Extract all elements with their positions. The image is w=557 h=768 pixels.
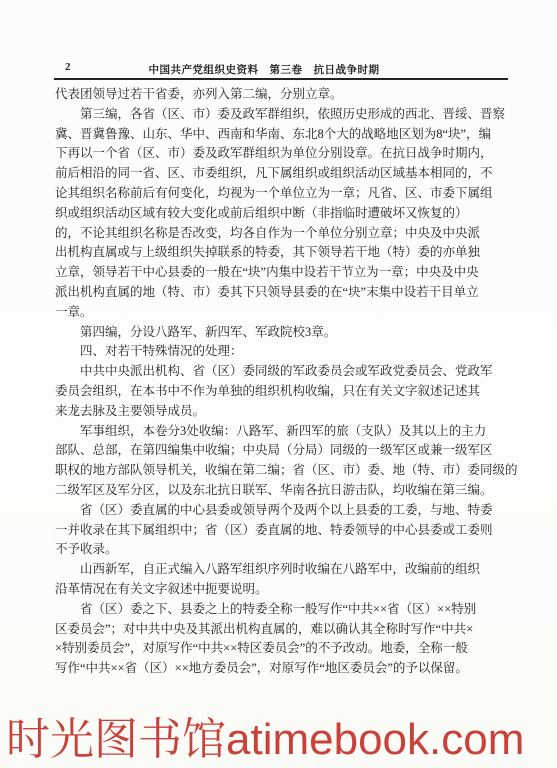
header-rule (54, 78, 508, 80)
text-line: 出机构直属或与上级组织失掉联系的特委，其下领导若干地（特）委的亦单独 (55, 243, 507, 263)
text-line: 山西新军，自正式编入八路军组织序列时收编在八路军中，改编前的组织 (55, 560, 507, 580)
text-line: 中共中央派出机构、省（区）委同级的军政委员会或军政党委员会、党政军 (55, 362, 507, 382)
text-line: 立章，领导若干中心县委的一般在“块”内集中设若干节立为一章；中央及中央 (55, 263, 507, 283)
text-line: 的，不论其组织名称是否改变，均各自作为一个单位分别立章；中央及中央派 (55, 224, 507, 244)
running-title: 中国共产党组织史资料 第三卷 抗日战争时期 (38, 62, 490, 77)
text-line: 省（区）委直属的中心县委或领导两个及两个以上县委的工委，与地、特委 (55, 501, 507, 521)
text-lines: 代表团领导过若干省委，亦列入第二编，分别立章。 第三编，各省（区、市）委及政军群… (55, 85, 507, 679)
text-line: 织或组织活动区域有较大变化或前后组织中断（非指临时遭破坏又恢复的） (55, 204, 507, 224)
text-line: ×特别委员会”，对原写作“中共××特区委员会”的不予改动。地委，全称一般 (55, 639, 507, 659)
text-line: 第三编，各省（区、市）委及政军群组织，依照历史形成的西北、晋绥、晋察 (55, 105, 507, 125)
text-line: 一并收录在其下属组织中；省（区）委直属的地、特委领导的中心县委或工委则 (55, 521, 507, 541)
text-line: 下再以一个省（区、市）委及政军群组织为单位分别设章。在抗日战争时期内， (55, 144, 507, 164)
text-line: 不予收录。 (55, 540, 507, 560)
text-line: 省（区）委之下、县委之上的特委全称一般写作“中共××省（区）××特别 (55, 600, 507, 620)
text-line: 委员会组织，在本书中不作为单独的组织机构收编，只在有关文字叙述记述其 (55, 382, 507, 402)
text-line: 四、对若干特殊情况的处理： (55, 342, 507, 362)
text-line: 前后相沿的同一省、区、市委组织，凡下属组织或组织活动区域基本相同的，不 (55, 164, 507, 184)
text-line: 一章。 (55, 303, 507, 323)
text-line: 职权的地方部队领导机关，收编在第二编；省（区、市）委、地（特、市）委同级的 (55, 461, 507, 481)
text-line: 第四编，分设八路军、新四军、军政院校3章。 (55, 323, 507, 343)
text-line: 写作“中共××省（区）××地方委员会”，对原写作“地区委员会”的予以保留。 (55, 659, 507, 679)
watermark-text: 时光图书馆atimebook.com (6, 703, 524, 767)
text-line: 派出机构直属的地（特、市）委其下只领导县委的在“块”末集中设若干目单立 (55, 283, 507, 303)
text-line: 冀、晋冀鲁豫、山东、华中、西南和华南、东北8个大的战略地区划为8“块”，编 (55, 125, 507, 145)
page-header: 2 中国共产党组织史资料 第三卷 抗日战争时期 (55, 59, 507, 77)
text-line: 论其组织名称前后有何变化，均视为一个单位立为一章；凡省、区、市委下属组 (55, 184, 507, 204)
text-line: 军事组织，本卷分3处收编：八路军、新四军的旅（支队）及其以上的主力 (55, 422, 507, 442)
text-line: 二级军区及军分区，以及东北抗日联军、华南各抗日游击队，均收编在第三编。 (55, 481, 507, 501)
text-line: 代表团领导过若干省委，亦列入第二编，分别立章。 (55, 85, 507, 105)
text-line: 来龙去脉及主要领导成员。 (55, 402, 507, 422)
text-line: 区委员会”；对中共中央及其派出机构直属的，难以确认其全称时写作“中共× (55, 620, 507, 640)
scanned-page: 2 中国共产党组织史资料 第三卷 抗日战争时期 代表团领导过若干省委，亦列入第二… (0, 0, 557, 768)
text-line: 沿革情况在有关文字叙述中扼要说明。 (55, 580, 507, 600)
text-line: 部队、总部，在第四编集中收编；中央局（分局）同级的一级军区或兼一级军区 (55, 441, 507, 461)
